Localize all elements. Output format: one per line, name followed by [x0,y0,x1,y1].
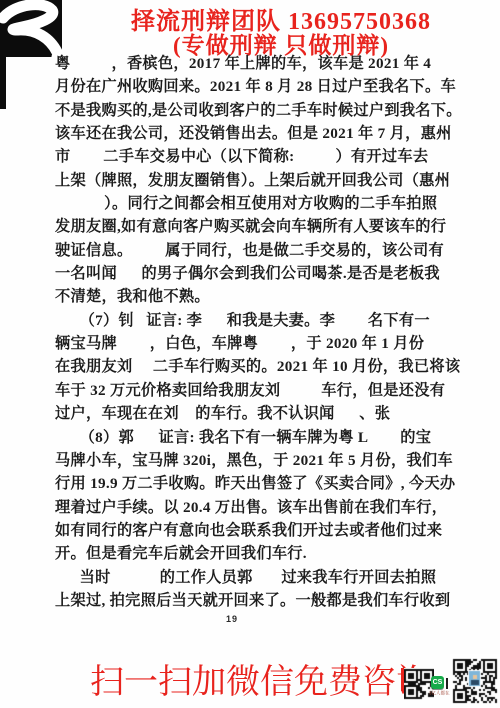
document-line: 不是我购买的,是公司收到客户的二手车时候过户到我名下。 [55,99,471,122]
watermark-label-fragment [446,678,448,689]
document-line: 月份在广州收购回来。2021 年 8 月 28 日过户至我名下。车 [55,75,471,98]
document-line: 粤 ，香槟色，2017 年上牌的车，该车是 2021 年 4 [55,52,471,75]
document-line: 车于 32 万元价格卖回给我朋友刘 车行，但是还没有 [55,379,471,402]
document-line: 辆宝马牌 ，白色，车牌粤 ，于 2020 年 1 月份 [55,332,471,355]
brush-stroke-icon [0,0,62,57]
document-line: 发朋友圈,如有意向客户购买就会向车辆所有人要该车的行 [55,215,471,238]
document-line: （8）郭 证言: 我名下有一辆车牌为粤 L 的宝 [55,426,471,449]
qr-code-large [450,654,500,708]
wechat-cta-text: 扫一扫加微信免费咨询 [90,654,430,703]
document-line: ）。同行之间都会相互使用对方收购的二手车拍照 [55,192,471,215]
document-line: 行用 19.9 万二手收购。昨天出售签了《买卖合同》, 今天办 [55,472,471,495]
brush-stroke-logo [0,0,62,57]
document-line: 过户，车现在在刘 的车行。我不认识闻 、张 [55,402,471,425]
document-line: 不清楚，我和他不熟。 [55,285,471,308]
document-line: 理着过户手续。以 20.4 万出售。该车出售前在我们车行， [55,496,471,519]
document-line: 上架过, 拍完照后当天就开回来了。一般都是我们车行收到 [55,589,471,612]
logo-tail-bar [0,57,6,109]
document-line: 在我朋友刘 二手车行购买的。2021 年 10 月份，我已将该 [55,355,471,378]
document-line: 驶证信息。 属于同行，也是做二手交易的，该公司有 [55,239,471,262]
document-line: 如有同行的客户有意向也会联系我们开过去或者他们过来 [55,519,471,542]
page-number: 19 [226,614,238,624]
document-body: 粤 ，香槟色，2017 年上牌的车，该车是 2021 年 4月份在广州收购回来。… [55,52,471,612]
document-line: 上架（牌照，发朋友圈销售）。上架后就开回我公司（惠州 [55,169,471,192]
document-line: （7）钊 证言: 李 和我是夫妻。李 名下有一 [55,309,471,332]
scanned-document-page: 择流刑辩团队 13695750368 (专做刑辩 只做刑辩) 粤 ，香槟色，20… [0,0,500,708]
document-line: 当时 的工作人员郭 过来我车行开回去拍照 [55,566,471,589]
document-line: 马牌小车，宝马牌 320i，黑色，于 2021 年 5 月份，我们车 [55,449,471,472]
document-line: 市 二手车交易中心（以下简称: ）有开过车去 [55,145,471,168]
document-line: 开。但是看完车后就会开回我们车行. [55,542,471,565]
document-line: 该车还在我公司，还没销售出去。但是 2021 年 7 月，惠州 [55,122,471,145]
cs-badge-icon: CS [431,676,444,689]
document-line: 一名叫闻 的男子偶尔会到我们公司喝茶.是否是老板我 [55,262,471,285]
